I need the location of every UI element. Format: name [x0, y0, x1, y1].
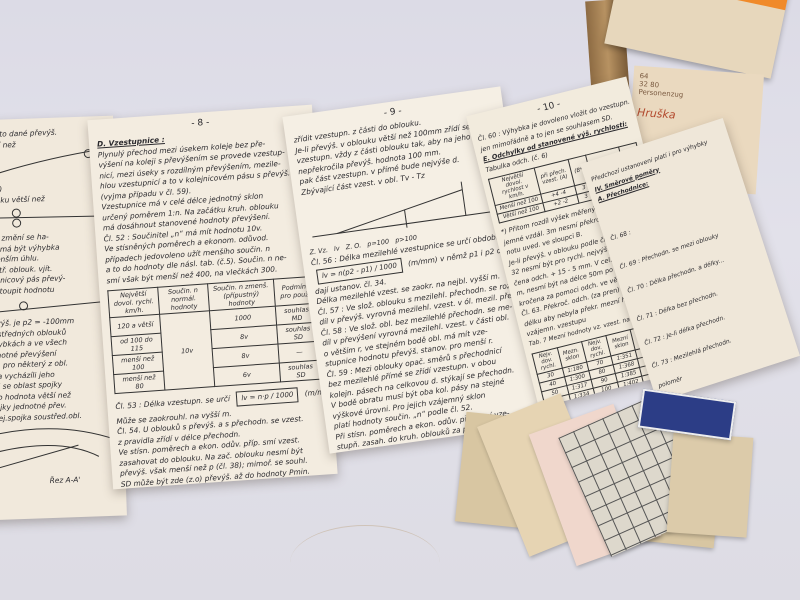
table-cell: 6v	[213, 363, 280, 387]
diagram-label: Z. O.	[345, 241, 361, 251]
table-cell: souhlas SD	[279, 360, 322, 382]
table-header: Součin. n normál. hodnoty	[158, 284, 209, 314]
coefficient-table: Největší dovol. rychl. km/h. Součin. n n…	[107, 276, 323, 394]
article-72: Čl. 72 : Je-li délka přechodn.	[643, 296, 777, 349]
photo-scene: 64 32 80 Personenzug Hruška být toto dan…	[0, 0, 800, 600]
table-header: Největší dovol. rychl. km/h.	[108, 287, 160, 317]
unit-label: (m/mm)	[407, 255, 438, 268]
cross-section-diagram-icon	[0, 420, 119, 475]
printed-sheet	[667, 432, 754, 537]
diagram-label: Z. Vz.	[309, 246, 328, 256]
length-formula: lv = n·p / 1000	[236, 387, 299, 406]
table-cell: menší než 80	[114, 371, 165, 393]
receipt-stamp: Hruška	[637, 106, 756, 127]
table-cell: 10v	[160, 311, 215, 390]
article-53: Čl. 53 : Délka vzestupn. se určí	[115, 394, 230, 411]
loose-thread	[290, 525, 440, 600]
paper-stack	[460, 395, 760, 550]
diagram-label: lv	[333, 244, 340, 253]
orange-bound-book	[604, 0, 789, 79]
section-label: Řez A-A'	[0, 474, 120, 489]
curve-diagram-icon	[0, 293, 114, 316]
